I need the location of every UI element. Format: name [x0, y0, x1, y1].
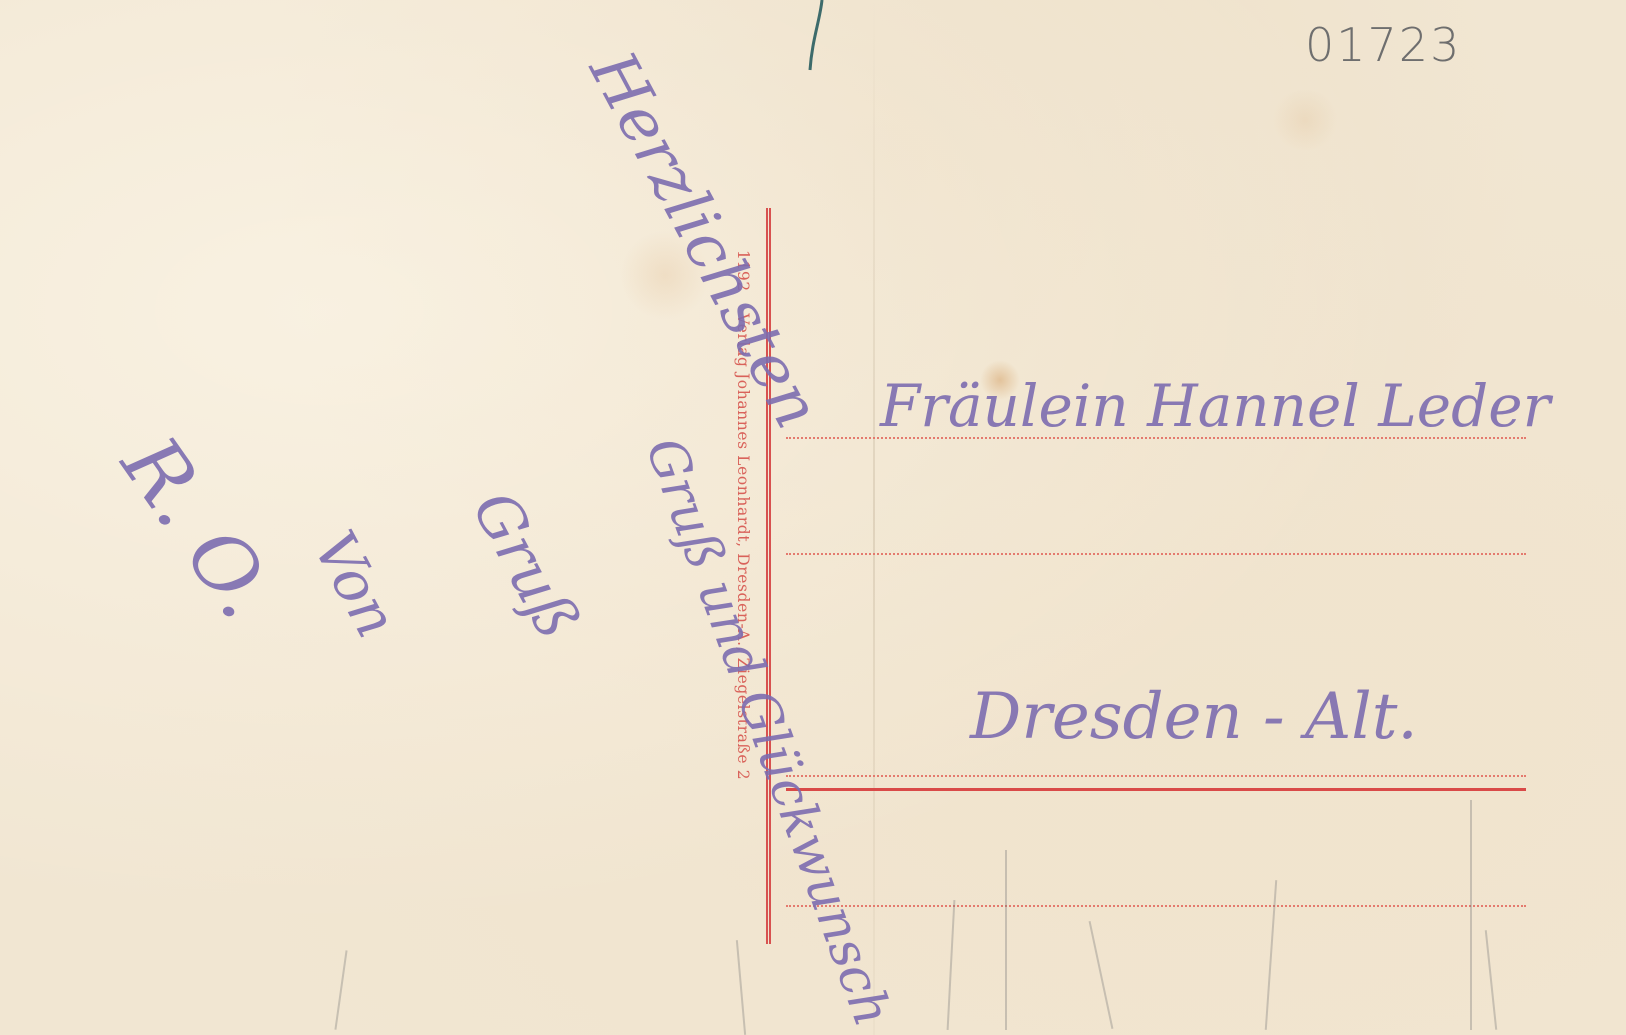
address-city: Dresden - Alt. [970, 680, 1418, 754]
message-line-3: Gruß [458, 480, 593, 650]
archive-number: 01723 [1305, 18, 1461, 72]
address-underline [786, 788, 1526, 791]
pencil-mark [947, 900, 955, 1030]
message-line-4: Von [300, 520, 411, 648]
address-line-2 [786, 553, 1526, 555]
address-line-3 [786, 775, 1526, 777]
fold-line [873, 0, 875, 1035]
pencil-mark [334, 950, 347, 1029]
postcard-back: 01723 1192 Verlag Johannes Leonhardt, Dr… [0, 0, 1626, 1035]
pencil-mark [1485, 930, 1497, 1030]
pencil-mark [1470, 800, 1472, 1030]
message-line-1: Herzlichsten [575, 40, 835, 440]
ink-mark-icon [808, 0, 828, 72]
message-signature: R. O. [104, 420, 293, 635]
address-line-4 [786, 905, 1526, 907]
pencil-mark [1005, 850, 1007, 1030]
address-recipient: Fräulein Hannel Leder [880, 372, 1550, 440]
pencil-mark [736, 940, 746, 1035]
stain [1270, 90, 1340, 150]
pencil-mark [1089, 921, 1113, 1029]
pencil-mark [1265, 880, 1277, 1030]
